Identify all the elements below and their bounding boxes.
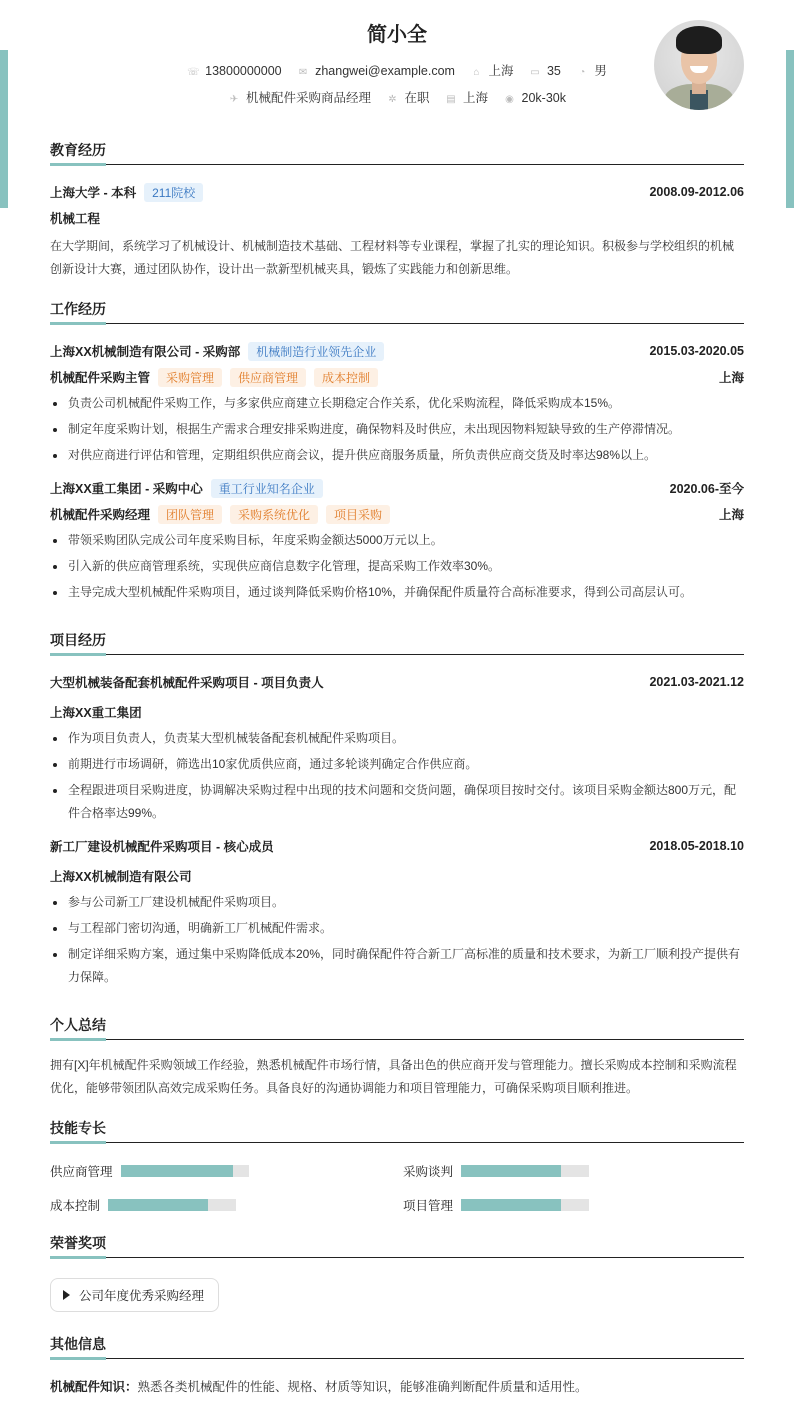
candidate-name: 简小全 xyxy=(50,18,744,47)
list-item: 参与公司新工厂建设机械配件采购项目。 xyxy=(50,891,744,914)
skill-item: 成本控制 xyxy=(50,1195,403,1215)
work-bullets: 带领采购团队完成公司年度采购目标，年度采购金额达5000万元以上。 引入新的供应… xyxy=(50,529,744,604)
list-item: 前期进行市场调研，筛选出10家优质供应商，通过多轮谈判确定合作供应商。 xyxy=(50,753,744,776)
skill-fill xyxy=(461,1165,561,1177)
city-text: 上海 xyxy=(463,91,488,105)
skill-bar xyxy=(461,1165,589,1177)
city-info: ▤上海 xyxy=(445,88,488,106)
skill-name: 成本控制 xyxy=(50,1196,100,1214)
age-icon: ▭ xyxy=(529,67,541,78)
project-name: 大型机械装备配套机械配件采购项目 - 项目负责人 xyxy=(50,673,324,691)
award-name: 公司年度优秀采购经理 xyxy=(79,1286,204,1304)
skill-tag: 成本控制 xyxy=(314,368,378,387)
work-entry: 上海XX重工集团 - 采购中心 重工行业知名企业 2020.06-至今 机械配件… xyxy=(50,475,744,604)
skill-name: 项目管理 xyxy=(403,1196,453,1214)
gender-text: 男 xyxy=(594,64,607,78)
skill-tag: 供应商管理 xyxy=(230,368,306,387)
salary-info: ◉20k-30k xyxy=(504,91,566,105)
email-icon: ✉ xyxy=(297,67,309,78)
work-entry: 上海XX机械制造有限公司 - 采购部 机械制造行业领先企业 2015.03-20… xyxy=(50,338,744,467)
skill-tag: 团队管理 xyxy=(158,505,222,524)
school-name: 上海大学 - 本科 xyxy=(50,183,136,201)
skill-item: 项目管理 xyxy=(403,1195,744,1215)
section-title: 个人总结 xyxy=(50,1015,744,1040)
hometown-info: ⌂上海 xyxy=(470,61,513,79)
email-info: ✉zhangwei@example.com xyxy=(297,64,455,78)
award-item: 公司年度优秀采购经理 xyxy=(50,1278,219,1312)
status-text: 在职 xyxy=(405,91,430,105)
age-text: 35 xyxy=(547,64,561,78)
section-title: 荣誉奖项 xyxy=(50,1233,744,1258)
list-item: 制定年度采购计划，根据生产需求合理安排采购进度，确保物料及时供应，未出现因物料短… xyxy=(50,418,744,441)
project-entry: 大型机械装备配套机械配件采购项目 - 项目负责人 2021.03-2021.12… xyxy=(50,669,744,825)
home-icon: ⌂ xyxy=(470,67,482,78)
list-item: 负责公司机械配件采购工作，与多家供应商建立长期稳定合作关系，优化采购流程，降低采… xyxy=(50,392,744,415)
job-intent-row: ✈机械配件采购商品经理 ✲在职 ▤上海 ◉20k-30k xyxy=(50,88,744,106)
other-label: 机械配件知识： xyxy=(50,1380,138,1394)
skill-item: 供应商管理 xyxy=(50,1161,403,1181)
project-org: 上海XX重工集团 xyxy=(50,703,142,721)
salary-text: 20k-30k xyxy=(522,91,566,105)
target-job-info: ✈机械配件采购商品经理 xyxy=(228,88,371,106)
skill-fill xyxy=(121,1165,234,1177)
list-item: 引入新的供应商管理系统，实现供应商信息数字化管理，提高采购工作效率30%。 xyxy=(50,555,744,578)
skill-tag: 采购系统优化 xyxy=(230,505,318,524)
skill-bar xyxy=(121,1165,249,1177)
company-tag: 机械制造行业领先企业 xyxy=(248,342,384,361)
triangle-right-icon xyxy=(63,1290,70,1300)
work-location: 上海 xyxy=(719,368,744,386)
phone-text: 13800000000 xyxy=(205,64,281,78)
work-section: 工作经历 上海XX机械制造有限公司 - 采购部 机械制造行业领先企业 2015.… xyxy=(50,299,744,604)
summary-text: 拥有[X]年机械配件采购领域工作经验，熟悉机械配件市场行情，具备出色的供应商开发… xyxy=(50,1054,744,1100)
project-name: 新工厂建设机械配件采购项目 - 核心成员 xyxy=(50,837,274,855)
section-title: 技能专长 xyxy=(50,1118,744,1143)
work-bullets: 负责公司机械配件采购工作，与多家供应商建立长期稳定合作关系，优化采购流程，降低采… xyxy=(50,392,744,467)
other-info: 机械配件知识：熟悉各类机械配件的性能、规格、材质等知识，能够准确判断配件质量和适… xyxy=(50,1377,744,1395)
company-name: 上海XX重工集团 - 采购中心 xyxy=(50,479,203,497)
project-org: 上海XX机械制造有限公司 xyxy=(50,867,192,885)
skill-fill xyxy=(108,1199,208,1211)
skill-item: 采购谈判 xyxy=(403,1161,744,1181)
section-title: 项目经历 xyxy=(50,630,744,655)
target-job-text: 机械配件采购商品经理 xyxy=(246,91,371,105)
list-item: 制定详细采购方案，通过集中采购降低成本20%，同时确保配件符合新工厂高标准的质量… xyxy=(50,943,744,989)
other-text: 熟悉各类机械配件的性能、规格、材质等知识，能够准确判断配件质量和适用性。 xyxy=(138,1380,588,1394)
section-title: 其他信息 xyxy=(50,1334,744,1359)
gender-info: ◔男 xyxy=(576,61,607,79)
avatar xyxy=(654,20,744,110)
list-item: 主导完成大型机械配件采购项目，通过谈判降低采购价格10%，并确保配件质量符合高标… xyxy=(50,581,744,604)
salary-icon: ◉ xyxy=(504,94,516,105)
list-item: 作为项目负责人，负责某大型机械装备配套机械配件采购项目。 xyxy=(50,727,744,750)
phone-icon: ☏ xyxy=(187,67,199,78)
projects-section: 项目经历 大型机械装备配套机械配件采购项目 - 项目负责人 2021.03-20… xyxy=(50,630,744,989)
skill-bar xyxy=(108,1199,236,1211)
status-icon: ✲ xyxy=(387,94,399,105)
gender-icon: ◔ xyxy=(576,67,588,78)
work-location: 上海 xyxy=(719,505,744,523)
work-date: 2020.06-至今 xyxy=(670,479,744,497)
skill-fill xyxy=(461,1199,561,1211)
list-item: 与工程部门密切沟通，明确新工厂机械配件需求。 xyxy=(50,917,744,940)
send-icon: ✈ xyxy=(228,94,240,105)
other-section: 其他信息 机械配件知识：熟悉各类机械配件的性能、规格、材质等知识，能够准确判断配… xyxy=(50,1334,744,1395)
education-desc: 在大学期间，系统学习了机械设计、机械制造技术基础、工程材料等专业课程，掌握了扎实… xyxy=(50,235,744,281)
skill-tag: 项目采购 xyxy=(326,505,390,524)
skill-bar xyxy=(461,1199,589,1211)
project-date: 2021.03-2021.12 xyxy=(649,675,744,689)
building-icon: ▤ xyxy=(445,94,457,105)
hometown-text: 上海 xyxy=(488,64,513,78)
project-entry: 新工厂建设机械配件采购项目 - 核心成员 2018.05-2018.10 上海X… xyxy=(50,833,744,989)
skills-section: 技能专长 供应商管理 采购谈判 成本控制 项目管理 xyxy=(50,1118,744,1215)
phone-info: ☏13800000000 xyxy=(187,64,281,78)
project-date: 2018.05-2018.10 xyxy=(649,839,744,853)
list-item: 全程跟进项目采购进度，协调解决采购过程中出现的技术问题和交货问题，确保项目按时交… xyxy=(50,779,744,825)
company-name: 上海XX机械制造有限公司 - 采购部 xyxy=(50,342,240,360)
work-date: 2015.03-2020.05 xyxy=(649,344,744,358)
age-info: ▭35 xyxy=(529,64,561,78)
email-text: zhangwei@example.com xyxy=(315,64,455,78)
position: 机械配件采购经理 xyxy=(50,505,150,523)
school-tag: 211院校 xyxy=(144,183,203,202)
project-bullets: 参与公司新工厂建设机械配件采购项目。 与工程部门密切沟通，明确新工厂机械配件需求… xyxy=(50,891,744,989)
section-title: 教育经历 xyxy=(50,140,744,165)
section-title: 工作经历 xyxy=(50,299,744,324)
list-item: 带领采购团队完成公司年度采购目标，年度采购金额达5000万元以上。 xyxy=(50,529,744,552)
education-date: 2008.09-2012.06 xyxy=(649,185,744,199)
summary-section: 个人总结 拥有[X]年机械配件采购领域工作经验，熟悉机械配件市场行情，具备出色的… xyxy=(50,1015,744,1100)
resume-header: 简小全 ☏13800000000 ✉zhangwei@example.com ⌂… xyxy=(50,0,744,120)
resume-page: 简小全 ☏13800000000 ✉zhangwei@example.com ⌂… xyxy=(0,0,794,1395)
list-item: 对供应商进行评估和管理，定期组织供应商会议，提升供应商服务质量，所负责供应商交货… xyxy=(50,444,744,467)
status-info: ✲在职 xyxy=(387,88,430,106)
skills-grid: 供应商管理 采购谈判 成本控制 项目管理 xyxy=(50,1161,744,1215)
skill-name: 采购谈判 xyxy=(403,1162,453,1180)
skill-tag: 采购管理 xyxy=(158,368,222,387)
project-bullets: 作为项目负责人，负责某大型机械装备配套机械配件采购项目。 前期进行市场调研，筛选… xyxy=(50,727,744,825)
position: 机械配件采购主管 xyxy=(50,368,150,386)
education-entry: 上海大学 - 本科 211院校 2008.09-2012.06 机械工程 在大学… xyxy=(50,179,744,281)
company-tag: 重工行业知名企业 xyxy=(211,479,323,498)
education-section: 教育经历 上海大学 - 本科 211院校 2008.09-2012.06 机械工… xyxy=(50,140,744,281)
contact-row: ☏13800000000 ✉zhangwei@example.com ⌂上海 ▭… xyxy=(50,61,744,79)
awards-section: 荣誉奖项 公司年度优秀采购经理 xyxy=(50,1233,744,1312)
major: 机械工程 xyxy=(50,209,100,227)
skill-name: 供应商管理 xyxy=(50,1162,113,1180)
